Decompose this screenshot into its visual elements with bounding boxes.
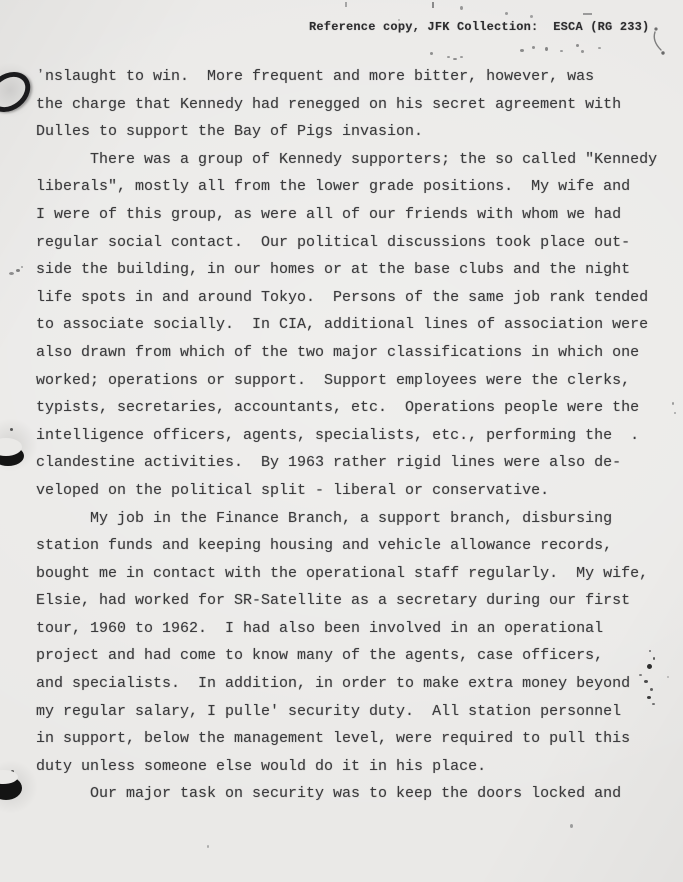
text-line: duty unless someone else would do it in …	[36, 753, 676, 781]
pencil-smudge	[345, 2, 347, 7]
text-line: I were of this group, as were all of our…	[36, 201, 676, 229]
pencil-smudge	[570, 824, 573, 828]
pencil-smudge	[460, 6, 463, 10]
text-lines: ʼnslaught to win. More frequent and more…	[36, 63, 676, 808]
text-line: My job in the Finance Branch, a support …	[36, 505, 676, 533]
pencil-smudge	[530, 15, 533, 18]
text-line: intelligence officers, agents, specialis…	[36, 422, 676, 450]
text-line: tour, 1960 to 1962. I had also been invo…	[36, 615, 676, 643]
reference-stamp: Reference copy, JFK Collection: ESCA (RG…	[309, 20, 649, 34]
text-line: There was a group of Kennedy supporters;…	[36, 146, 676, 174]
text-line: station funds and keeping housing and ve…	[36, 532, 676, 560]
pencil-smudge	[207, 845, 209, 848]
text-line: regular social contact. Our political di…	[36, 229, 676, 257]
binder-ring	[0, 64, 38, 121]
pencil-smudge	[545, 47, 548, 51]
pencil-smudge	[432, 2, 434, 8]
pencil-hook-mark	[648, 26, 672, 58]
text-line: ʼnslaught to win. More frequent and more…	[36, 63, 676, 91]
text-line: veloped on the political split - liberal…	[36, 477, 676, 505]
pencil-smudge	[9, 272, 14, 275]
text-line: my regular salary, I pulle' security dut…	[36, 698, 676, 726]
text-line: liberals", mostly all from the lower gra…	[36, 173, 676, 201]
pencil-smudge	[16, 269, 20, 272]
pencil-smudge	[598, 47, 601, 49]
text-line: to associate socially. In CIA, additiona…	[36, 311, 676, 339]
text-line: and specialists. In addition, in order t…	[36, 670, 676, 698]
text-line: Dulles to support the Bay of Pigs invasi…	[36, 118, 676, 146]
pencil-smudge	[447, 56, 450, 58]
text-line: side the building, in our homes or at th…	[36, 256, 676, 284]
pencil-smudge	[581, 50, 584, 53]
text-line: bought me in contact with the operationa…	[36, 560, 676, 588]
text-line: typists, secretaries, accountants, etc. …	[36, 394, 676, 422]
text-line: in support, below the management level, …	[36, 725, 676, 753]
text-line: worked; operations or support. Support e…	[36, 367, 676, 395]
pencil-smudge	[583, 13, 592, 15]
text-line: Elsie, had worked for SR-Satellite as a …	[36, 587, 676, 615]
text-line: project and had come to know many of the…	[36, 642, 676, 670]
text-line: also drawn from which of the two major c…	[36, 339, 676, 367]
pencil-smudge	[560, 50, 563, 52]
text-line: Our major task on security was to keep t…	[36, 780, 676, 808]
pencil-smudge	[520, 49, 524, 52]
pencil-smudge	[460, 56, 463, 58]
pencil-smudge	[505, 12, 508, 15]
text-line: clandestine activities. By 1963 rather r…	[36, 449, 676, 477]
text-line: life spots in and around Tokyo. Persons …	[36, 284, 676, 312]
pencil-smudge	[21, 266, 23, 268]
text-line: the charge that Kennedy had renegged on …	[36, 91, 676, 119]
pencil-smudge	[453, 58, 457, 60]
pencil-smudge	[576, 44, 579, 47]
document-page: Reference copy, JFK Collection: ESCA (RG…	[0, 0, 683, 882]
pencil-smudge	[430, 52, 433, 55]
pencil-smudge	[532, 46, 535, 49]
